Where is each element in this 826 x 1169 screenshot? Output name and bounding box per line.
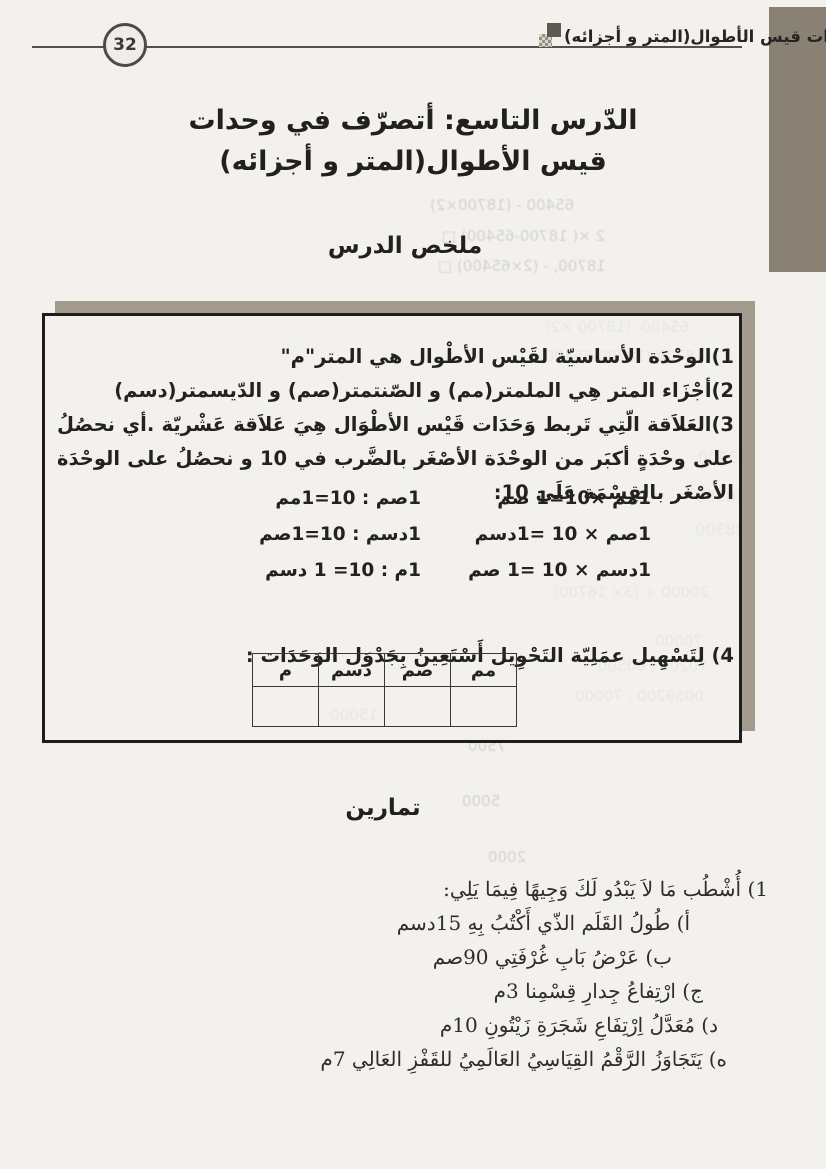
exercise-1-item-b: ب) عَرْضُ بَابِ غُرْفَتِي 90صم bbox=[0, 940, 826, 974]
equation-m-to-dm: 1م : 10= 1 دسم bbox=[211, 560, 421, 596]
bleedthrough-text: 5000 bbox=[462, 792, 500, 810]
page-number: 32 bbox=[113, 35, 137, 55]
units-cell-dm bbox=[319, 687, 385, 727]
exercise-1-item-c: ج) ارْتِفاعُ جِدارِ قِسْمِنا 3م bbox=[0, 974, 826, 1008]
summary-item-2: 2)أجْزَاء المتر هِي الملمتر(مم) و الصّنت… bbox=[57, 374, 734, 408]
lesson-summary-box: 1)الوحْدَة الأساسيّة لقَيْس الأطْوال هي … bbox=[42, 313, 742, 743]
summary-heading: ملخص الدرس bbox=[328, 233, 482, 259]
units-table: مم صم دسم م bbox=[252, 653, 517, 727]
exercise-1-item-a: أ) طُولُ القَلَم الذّي أَكْتُبُ بِهِ 15د… bbox=[0, 906, 826, 940]
exercise-1: 1) أُشْطُب مَا لاَ يَبْدُو لَكَ وَجِيهًا… bbox=[0, 872, 826, 1076]
units-col-m: م bbox=[253, 654, 319, 687]
exercise-1-stem: 1) أُشْطُب مَا لاَ يَبْدُو لَكَ وَجِيهًا… bbox=[0, 872, 826, 906]
header-title-bar: أتصرّف في وحدات قيس الأطوال(المتر و أجزا… bbox=[538, 20, 746, 54]
page-number-badge: 32 bbox=[103, 23, 147, 67]
equation-cm-to-dm: 1صم × 10 =1دسم bbox=[421, 524, 651, 560]
summary-item-1: 1)الوحْدَة الأساسيّة لقَيْس الأطْوال هي … bbox=[57, 340, 734, 374]
units-cell-mm bbox=[451, 687, 517, 727]
ornament-squares-icon bbox=[538, 21, 564, 53]
units-table-empty-row bbox=[253, 687, 517, 727]
units-col-dm: دسم bbox=[319, 654, 385, 687]
exercises-heading: تمارين bbox=[345, 795, 420, 821]
units-col-mm: مم bbox=[451, 654, 517, 687]
unit-conversion-equations: 1مم ×10=1 صم 1صم : 10=1مم 1صم × 10 =1دسم… bbox=[151, 488, 651, 596]
equation-mm-to-cm: 1مم ×10=1 صم bbox=[421, 488, 651, 524]
equation-dm-to-m: 1دسم × 10 =1 صم bbox=[421, 560, 651, 596]
units-col-cm: صم bbox=[385, 654, 451, 687]
lesson-title: الدّرس التاسع: أتصرّف في وحدات قيس الأطو… bbox=[0, 100, 826, 182]
bleedthrough-text: 2000 bbox=[488, 848, 526, 866]
equation-dm-to-cm: 1دسم : 10=1صم bbox=[211, 524, 421, 560]
equation-cm-to-mm: 1صم : 10=1مم bbox=[211, 488, 421, 524]
units-cell-m bbox=[253, 687, 319, 727]
exercise-1-item-d: د) مُعَدَّلُ اِرْتِفَاعِ شَجَرَةِ زَيْتُ… bbox=[0, 1008, 826, 1042]
header-title: أتصرّف في وحدات قيس الأطوال(المتر و أجزا… bbox=[564, 29, 826, 46]
bleedthrough-text: 18700, - (2×65400) □ bbox=[438, 257, 606, 275]
units-table-wrap: مم صم دسم م bbox=[252, 653, 517, 727]
units-table-header-row: مم صم دسم م bbox=[253, 654, 517, 687]
scanned-page: 65400 - (18700×2)2 ×( 18700-65400) □1870… bbox=[0, 0, 826, 1169]
exercise-1-item-e: ه) يَتَجَاوَزُ الرَّقْمُ القِيَاسِيُ الع… bbox=[0, 1042, 826, 1076]
bleedthrough-text: 65400 - (18700×2) bbox=[430, 196, 574, 214]
dark-square-icon bbox=[547, 23, 561, 37]
lesson-title-line2: قيس الأطوال(المتر و أجزائه) bbox=[0, 141, 826, 182]
units-cell-cm bbox=[385, 687, 451, 727]
lesson-title-line1: الدّرس التاسع: أتصرّف في وحدات bbox=[0, 100, 826, 141]
